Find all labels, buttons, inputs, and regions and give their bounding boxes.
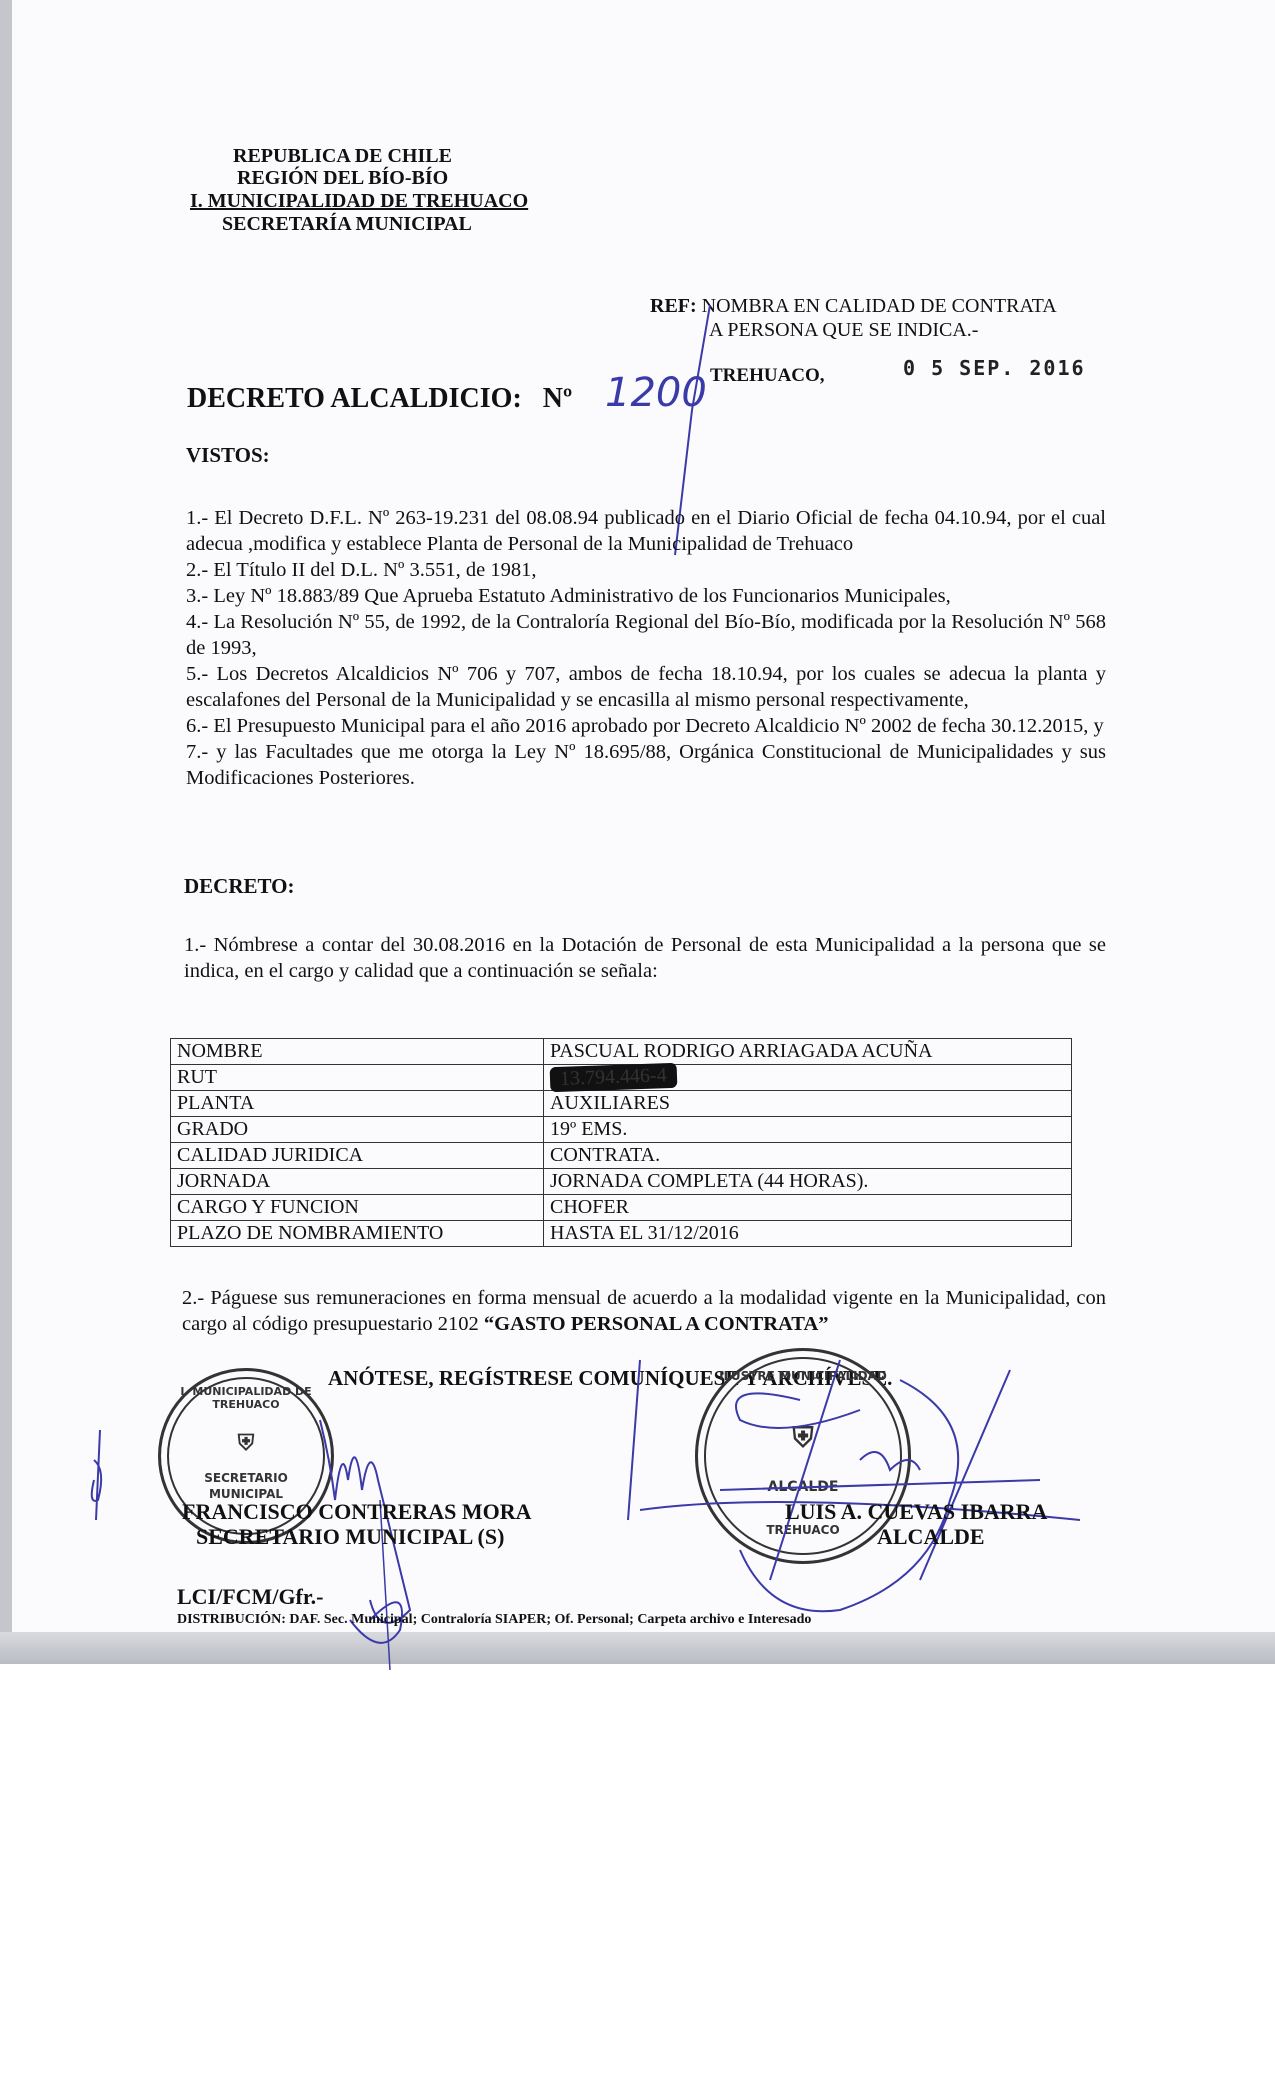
reference-initials: LCI/FCM/Gfr.- — [177, 1584, 323, 1610]
table-row: JORNADA JORNADA COMPLETA (44 HORAS). — [171, 1169, 1072, 1195]
table-row: NOMBRE PASCUAL RODRIGO ARRIAGADA ACUÑA — [171, 1039, 1072, 1065]
signer-left-title: SECRETARIO MUNICIPAL (S) — [196, 1524, 504, 1550]
table-row: PLANTA AUXILIARES — [171, 1091, 1072, 1117]
signer-right-title: ALCALDE — [877, 1524, 985, 1550]
vistos-item-4: 4.- La Resolución Nº 55, de 1992, de la … — [186, 609, 1106, 661]
decreto-heading: DECRETO: — [184, 874, 294, 899]
table-value-plazo: HASTA EL 31/12/2016 — [544, 1221, 1072, 1247]
table-value-calidad: CONTRATA. — [544, 1143, 1072, 1169]
table-row: PLAZO DE NOMBRAMIENTO HASTA EL 31/12/201… — [171, 1221, 1072, 1247]
table-row: CARGO Y FUNCION CHOFER — [171, 1195, 1072, 1221]
table-value-nombre: PASCUAL RODRIGO ARRIAGADA ACUÑA — [544, 1039, 1072, 1065]
table-row: CALIDAD JURIDICA CONTRATA. — [171, 1143, 1072, 1169]
signer-left-name: FRANCISCO CONTRERAS MORA — [182, 1499, 532, 1525]
table-label-cargo: CARGO Y FUNCION — [171, 1195, 544, 1221]
place: TREHUACO, — [710, 365, 825, 387]
date-stamp: 0 5 SEP. 2016 — [903, 356, 1086, 380]
header-region: REGIÓN DEL BÍO-BÍO — [237, 167, 448, 189]
vistos-item-1: 1.- El Decreto D.F.L. Nº 263-19.231 del … — [186, 505, 1106, 557]
table-value-jornada: JORNADA COMPLETA (44 HORAS). — [544, 1169, 1072, 1195]
table-value-rut-cell: 13.794.446-4 — [544, 1065, 1072, 1091]
table-label-calidad: CALIDAD JURIDICA — [171, 1143, 544, 1169]
table-label-plazo: PLAZO DE NOMBRAMIENTO — [171, 1221, 544, 1247]
decree-title-text: DECRETO ALCALDICIO: — [187, 383, 522, 414]
table-label-jornada: JORNADA — [171, 1169, 544, 1195]
table-label-grado: GRADO — [171, 1117, 544, 1143]
header-municipality: I. MUNICIPALIDAD DE TREHUACO — [190, 190, 528, 212]
decreto-item-2: 2.- Páguese sus remuneraciones en forma … — [182, 1285, 1106, 1337]
scan-left-edge — [0, 0, 12, 1664]
decreto-item-1: 1.- Nómbrese a contar del 30.08.2016 en … — [184, 932, 1106, 984]
redacted-rut: 13.794.446-4 — [550, 1063, 677, 1092]
table-label-nombre: NOMBRE — [171, 1039, 544, 1065]
vistos-list: 1.- El Decreto D.F.L. Nº 263-19.231 del … — [186, 505, 1106, 791]
table-value-grado: 19º EMS. — [544, 1117, 1072, 1143]
table-label-planta: PLANTA — [171, 1091, 544, 1117]
distribution-list: DISTRIBUCIÓN: DAF. Sec. Municipal; Contr… — [177, 1612, 811, 1628]
table-label-rut: RUT — [171, 1065, 544, 1091]
vistos-item-7: 7.- y las Facultades que me otorga la Le… — [186, 739, 1106, 791]
header-department: SECRETARÍA MUNICIPAL — [222, 213, 472, 235]
vistos-item-5: 5.- Los Decretos Alcaldicios Nº 706 y 70… — [186, 661, 1106, 713]
signer-right-name: LUIS A. CUEVAS IBARRA — [785, 1499, 1047, 1525]
decree-title: DECRETO ALCALDICIO: Nº — [187, 383, 572, 415]
table-row: RUT 13.794.446-4 — [171, 1065, 1072, 1091]
decree-number-label: Nº — [543, 383, 572, 414]
vistos-heading: VISTOS: — [186, 443, 270, 468]
appointment-data-table: NOMBRE PASCUAL RODRIGO ARRIAGADA ACUÑA R… — [170, 1038, 1072, 1247]
ref-line-2: A PERSONA QUE SE INDICA.- — [709, 318, 978, 342]
ref-text-1: NOMBRA EN CALIDAD DE CONTRATA — [702, 295, 1057, 317]
table-value-planta: AUXILIARES — [544, 1091, 1072, 1117]
vistos-item-3: 3.- Ley Nº 18.883/89 Que Aprueba Estatut… — [186, 583, 1106, 609]
vistos-item-6: 6.- El Presupuesto Municipal para el año… — [186, 713, 1106, 739]
header-country: REPUBLICA DE CHILE — [233, 145, 452, 167]
table-value-cargo: CHOFER — [544, 1195, 1072, 1221]
table-row: GRADO 19º EMS. — [171, 1117, 1072, 1143]
vistos-item-2: 2.- El Título II del D.L. Nº 3.551, de 1… — [186, 557, 1106, 583]
decreto-item-2-budget-label: “GASTO PERSONAL A CONTRATA” — [484, 1313, 829, 1335]
